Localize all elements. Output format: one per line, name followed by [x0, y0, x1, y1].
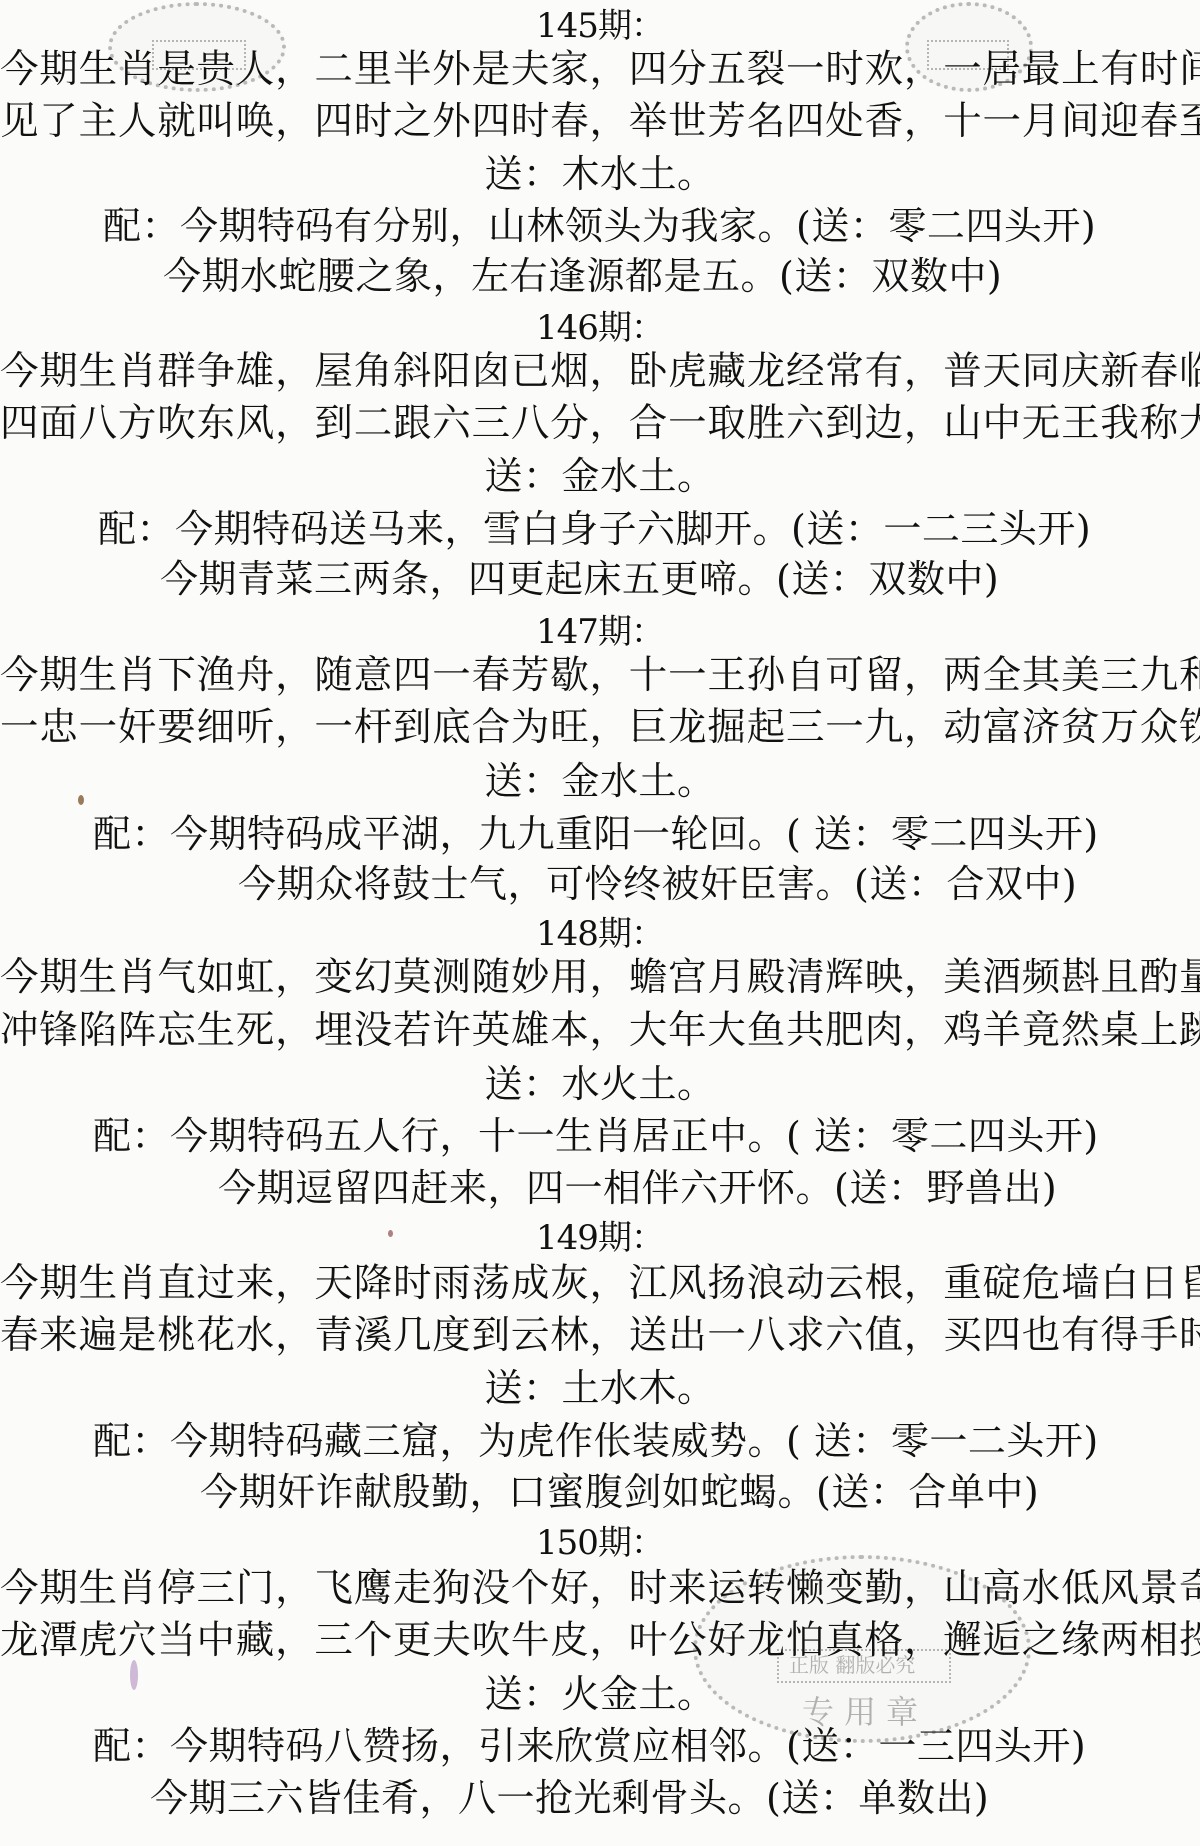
pair-line-1: 配：今期特码送马来，雪白身子六脚开。(送：一二三头开) [98, 503, 1200, 555]
pair-line-1: 配：今期特码有分别，山林领头为我家。(送：零二四头开) [103, 200, 1200, 252]
pair-line-1: 配：今期特码成平湖，九九重阳一轮回。( 送：零二四头开) [93, 808, 1200, 860]
poem-line-1: 今期生肖下渔舟，随意四一春芳歇，十一王孙自可留，两全其美三九和。 [0, 650, 1200, 702]
pair-line-1: 配：今期特码藏三窟，为虎作伥装威势。( 送：零一二头开) [93, 1415, 1200, 1467]
poem-line-2: 春来遍是桃花水，青溪几度到云林，送出一八求六值，买四也有得手时。 [0, 1310, 1200, 1362]
send-line: 送：金水土。 [0, 755, 1200, 807]
pair-line-2: 今期众将鼓士气，可怜终被奸臣害。(送：合双中) [238, 858, 1200, 910]
poem-line-1: 今期生肖直过来，天降时雨荡成灰，江风扬浪动云根，重碇危墙白日昏。 [0, 1258, 1200, 1310]
pair-line-2: 今期青菜三两条，四更起床五更啼。(送：双数中) [160, 553, 1200, 605]
period-heading: 150期： [0, 1517, 1200, 1569]
send-line: 送：水火土。 [0, 1058, 1200, 1110]
pair-line-2: 今期奸诈献殷勤，口蜜腹剑如蛇蝎。(送：合单中) [200, 1466, 1200, 1518]
poem-line-2: 四面八方吹东风，到二跟六三八分，合一取胜六到边，山中无王我称大。 [0, 398, 1200, 450]
poem-line-2: 龙潭虎穴当中藏，三个更夫吹牛皮，叶公好龙怕真格，邂逅之缘两相投。 [0, 1615, 1200, 1667]
poem-line-1: 今期生肖气如虹，变幻莫测随妙用，蟾宫月殿清辉映，美酒频斟且酌量。 [0, 952, 1200, 1004]
poem-line-2: 见了主人就叫唤，四时之外四时春，举世芳名四处香，十一月间迎春至。 [0, 96, 1200, 148]
poem-line-1: 今期生肖群争雄，屋角斜阳囱已烟，卧虎藏龙经常有，普天同庆新春临。 [0, 346, 1200, 398]
pair-line-1: 配：今期特码八赞扬，引来欣赏应相邻。(送：一三四头开) [93, 1720, 1200, 1772]
poem-line-1: 今期生肖停三门，飞鹰走狗没个好，时来运转懒变勤，山高水低风景奇。 [0, 1563, 1200, 1615]
period-heading: 149期： [0, 1212, 1200, 1264]
document-page: 正版 翻版必究 专用章 145期： 今期生肖是贵人，二里半外是夫家，四分五裂一时… [0, 0, 1200, 1846]
pair-line-2: 今期水蛇腰之象，左右逢源都是五。(送：双数中) [163, 250, 1200, 302]
poem-line-2: 一忠一奸要细听，一杆到底合为旺，巨龙掘起三一九，动富济贫万众钦。 [0, 702, 1200, 754]
pair-line-2: 今期逗留四赶来，四一相伴六开怀。(送：野兽出) [218, 1162, 1200, 1214]
pair-line-1: 配：今期特码五人行，十一生肖居正中。( 送：零二四头开) [93, 1110, 1200, 1162]
pair-line-2: 今期三六皆佳肴，八一抢光剩骨头。(送：单数出) [150, 1772, 1200, 1824]
send-line: 送：火金土。 [0, 1668, 1200, 1720]
poem-line-1: 今期生肖是贵人，二里半外是夫家，四分五裂一时欢，一居最上有时间。 [0, 44, 1200, 96]
poem-line-2: 冲锋陷阵忘生死，埋没若许英雄本，大年大鱼共肥肉，鸡羊竟然桌上跳。 [0, 1005, 1200, 1057]
send-line: 送：金水土。 [0, 450, 1200, 502]
send-line: 送：土水木。 [0, 1362, 1200, 1414]
send-line: 送：木水土。 [0, 148, 1200, 200]
